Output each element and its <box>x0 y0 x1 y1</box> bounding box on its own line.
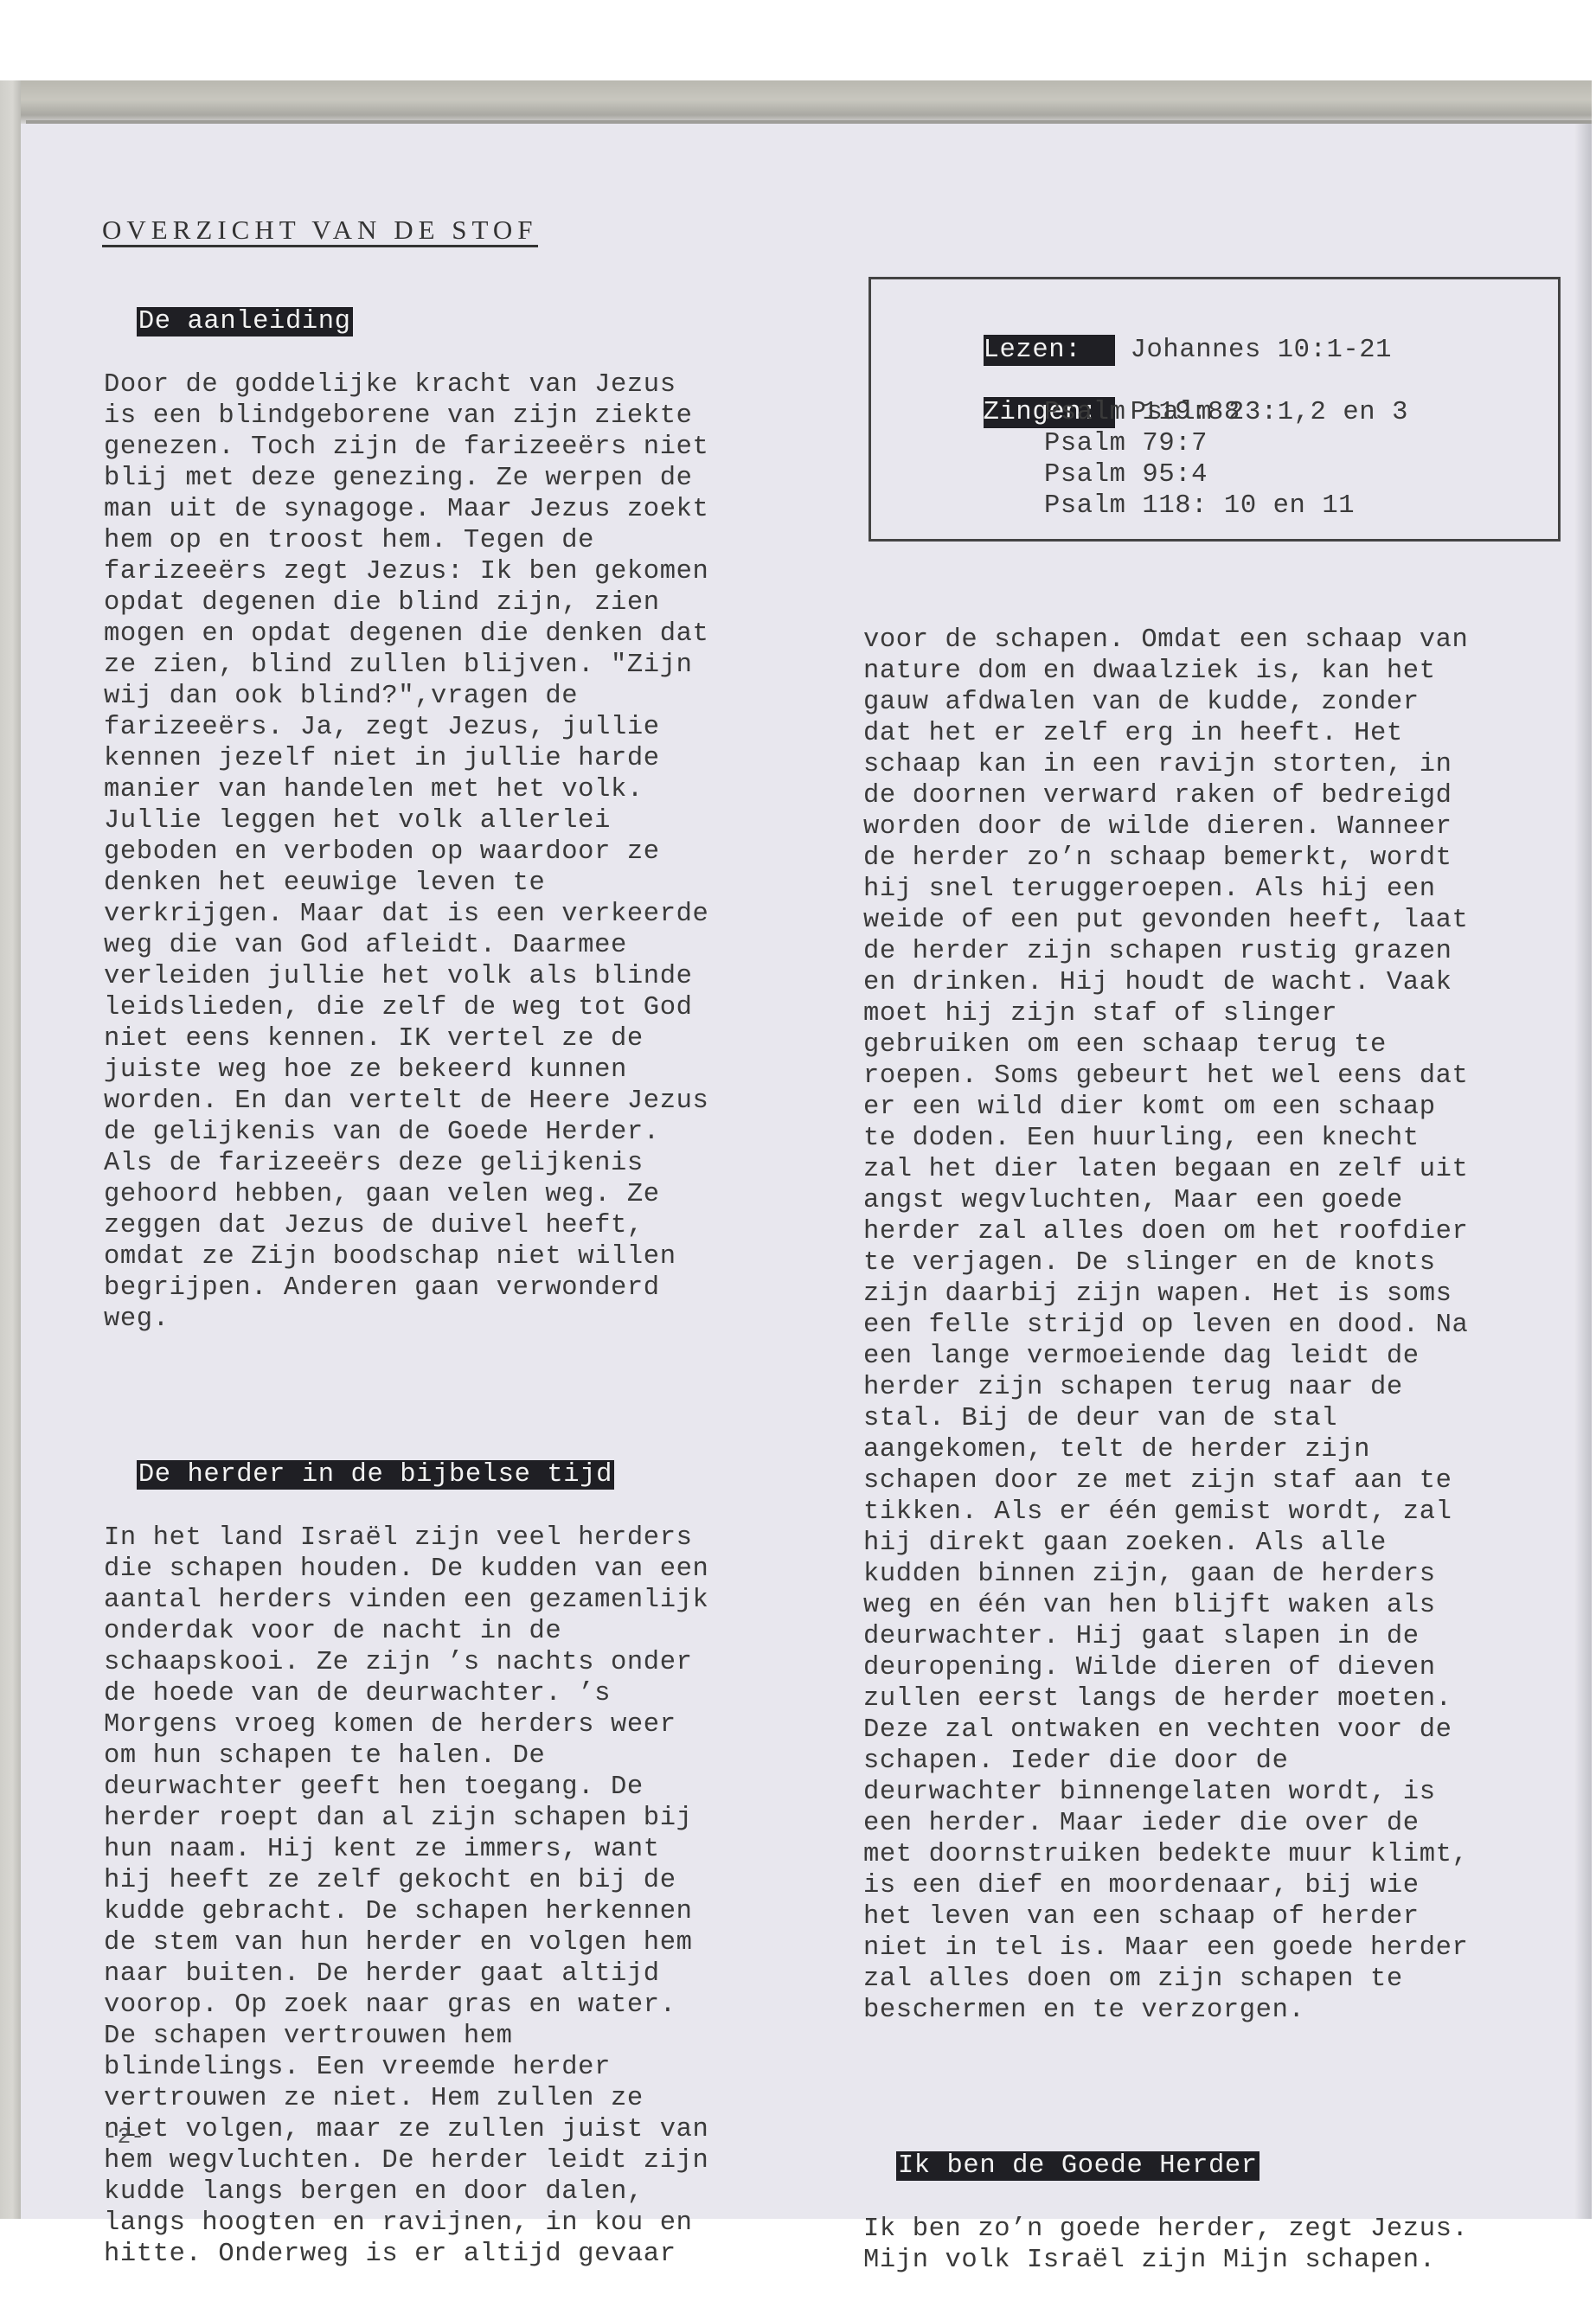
song-item: Psalm 118: 10 en 11 <box>1044 490 1355 522</box>
text-line: hem wegvluchten. De herder leidt zijn <box>104 2145 708 2176</box>
text-line: verkrijgen. Maar dat is een verkeerde <box>104 899 708 930</box>
scan-top-edge <box>0 80 1592 124</box>
text-line: hun naam. Hij kent ze immers, want <box>104 1834 708 1865</box>
text-line: herder zijn schapen terug naar de <box>863 1372 1468 1403</box>
text-line: een felle strijd op leven en dood. Na <box>863 1310 1468 1341</box>
text-line: Door de goddelijke kracht van Jezus <box>104 369 708 401</box>
text-line: de hoede van de deurwachter. ’s <box>104 1678 708 1709</box>
text-line: die schapen houden. De kudden van een <box>104 1554 708 1585</box>
text-line: leidslieden, die zelf de weg tot God <box>104 992 708 1023</box>
text-line: ze zien, blind zullen blijven. "Zijn <box>104 650 708 681</box>
text-line: de herder zo’n schaap bemerkt, wordt <box>863 843 1468 874</box>
scan-right-shadow <box>1574 124 1592 2219</box>
text-line: de doornen verward raken of bedreigd <box>863 780 1468 811</box>
herder-body: In het land Israël zijn veel herdersdie … <box>104 1522 708 2270</box>
text-line: niet eens kennen. IK vertel ze de <box>104 1023 708 1054</box>
text-line: hem op en troost hem. Tegen de <box>104 525 708 556</box>
page-number: -2- <box>104 2124 144 2150</box>
text-line: weide of een put gevonden heeft, laat <box>863 905 1468 936</box>
text-line: kudden binnen zijn, gaan de herders <box>863 1559 1468 1590</box>
text-line: weg die van God afleidt. Daarmee <box>104 930 708 961</box>
text-line: aantal herders vinden een gezamenlijk <box>104 1585 708 1616</box>
aanleiding-body: Door de goddelijke kracht van Jezusis ee… <box>104 369 708 1335</box>
text-line: weg en één van hen blijft waken als <box>863 1590 1468 1621</box>
text-line: de stem van hun herder en volgen hem <box>104 1927 708 1958</box>
text-line: omdat ze Zijn boodschap niet willen <box>104 1241 708 1272</box>
text-line: geboden en verboden op waardoor ze <box>104 836 708 868</box>
text-line: is een blindgeborene van zijn ziekte <box>104 401 708 432</box>
text-line: De schapen vertrouwen hem <box>104 2021 708 2052</box>
text-line: opdat degenen die blind zijn, zien <box>104 587 708 619</box>
text-line: hitte. Onderweg is er altijd gevaar <box>104 2239 708 2270</box>
text-line: dat het er zelf erg in heeft. Het <box>863 718 1468 749</box>
right-column: voor de schapen. Omdat een schaap vannat… <box>863 562 1468 2301</box>
text-line: deurwachter geeft hen toegang. De <box>104 1772 708 1803</box>
text-line: begrijpen. Anderen gaan verwonderd <box>104 1272 708 1304</box>
text-line: herder zal alles doen om het roofdier <box>863 1216 1468 1247</box>
goede-herder-body: Ik ben zo’n goede herder, zegt Jezus.Mij… <box>863 2214 1468 2276</box>
text-line: deuropening. Wilde dieren of dieven <box>863 1652 1468 1683</box>
text-line: roepen. Soms gebeurt het wel eens dat <box>863 1061 1468 1092</box>
text-line: zullen eerst langs de herder moeten. <box>863 1683 1468 1715</box>
text-line: kennen jezelf niet in jullie harde <box>104 743 708 774</box>
text-line: kudde gebracht. De schapen herkennen <box>104 1896 708 1927</box>
text-line: een lange vermoeiende dag leidt de <box>863 1341 1468 1372</box>
text-line: met doornstruiken bedekte muur klimt, <box>863 1839 1468 1870</box>
text-line: juiste weg hoe ze bekeerd kunnen <box>104 1054 708 1086</box>
song-item: Psalm 119:88 <box>1044 397 1240 428</box>
text-line: worden door de wilde dieren. Wanneer <box>863 811 1468 843</box>
read-label: Lezen: <box>984 335 1115 366</box>
text-line: nature dom en dwaalziek is, kan het <box>863 656 1468 687</box>
text-line: denken het eeuwige leven te <box>104 868 708 899</box>
text-line: te verjagen. De slinger en de knots <box>863 1247 1468 1279</box>
song-item: Psalm 79:7 <box>1044 428 1208 459</box>
text-line: te doden. Een huurling, een knecht <box>863 1123 1468 1154</box>
text-line: gauw afdwalen van de kudde, zonder <box>863 687 1468 718</box>
page-title: OVERZICHT VAN DE STOF <box>102 216 538 247</box>
text-line: de herder zijn schapen rustig grazen <box>863 936 1468 967</box>
song-item: Psalm 95:4 <box>1044 459 1208 490</box>
text-line: om hun schapen te halen. De <box>104 1740 708 1772</box>
text-line: In het land Israël zijn veel herders <box>104 1522 708 1554</box>
text-line: farizeeërs zegt Jezus: Ik ben gekomen <box>104 556 708 587</box>
reading-box: Lezen:Johannes 10:1-21 Zingen:Psalm 23:1… <box>869 277 1561 542</box>
text-line: niet volgen, maar ze zullen juist van <box>104 2114 708 2145</box>
text-line: manier van handelen met het volk. <box>104 774 708 805</box>
text-line: herder roept dan al zijn schapen bij <box>104 1803 708 1834</box>
text-line: genezen. Toch zijn de farizeeërs niet <box>104 432 708 463</box>
text-line: langs hoogten en ravijnen, in kou en <box>104 2208 708 2239</box>
text-line: worden. En dan vertelt de Heere Jezus <box>104 1086 708 1117</box>
text-line: man uit de synagoge. Maar Jezus zoekt <box>104 494 708 525</box>
text-line: een herder. Maar ieder die over de <box>863 1808 1468 1839</box>
text-line: gehoord hebben, gaan velen weg. Ze <box>104 1179 708 1210</box>
section-heading-herder: De herder in de bijbelse tijd <box>137 1460 614 1490</box>
text-line: blindelings. Een vreemde herder <box>104 2052 708 2083</box>
text-line: kudde langs bergen en door dalen, <box>104 2176 708 2208</box>
text-line: hij snel teruggeroepen. Als hij een <box>863 874 1468 905</box>
text-line: blij met deze genezing. Ze werpen de <box>104 463 708 494</box>
text-line: naar buiten. De herder gaat altijd <box>104 1958 708 1990</box>
text-line: zal alles doen om zijn schapen te <box>863 1964 1468 1995</box>
text-line: voor de schapen. Omdat een schaap van <box>863 625 1468 656</box>
text-line: vertrouwen ze niet. Hem zullen ze <box>104 2083 708 2114</box>
text-line: wij dan ook blind?",vragen de <box>104 681 708 712</box>
text-line: verleiden jullie het volk als blinde <box>104 961 708 992</box>
text-line: en drinken. Hij houdt de wacht. Vaak <box>863 967 1468 998</box>
text-line: beschermen en te verzorgen. <box>863 1995 1468 2026</box>
text-line: onderdak voor de nacht in de <box>104 1616 708 1647</box>
text-line: voorop. Op zoek naar gras en water. <box>104 1990 708 2021</box>
section-heading-aanleiding: De aanleiding <box>137 307 353 336</box>
text-line: zeggen dat Jezus de duivel heeft, <box>104 1210 708 1241</box>
text-line: er een wild dier komt om een schaap <box>863 1092 1468 1123</box>
section-heading-goede-herder: Ik ben de Goede Herder <box>896 2151 1259 2181</box>
text-line: Morgens vroeg komen de herders weer <box>104 1709 708 1740</box>
text-line: het leven van een schaap of herder <box>863 1901 1468 1932</box>
text-line: Ik ben zo’n goede herder, zegt Jezus. <box>863 2214 1468 2245</box>
text-line: weg. <box>104 1304 708 1335</box>
text-line: hij heeft ze zelf gekocht en bij de <box>104 1865 708 1896</box>
text-line: farizeeërs. Ja, zegt Jezus, jullie <box>104 712 708 743</box>
text-line: mogen en opdat degenen die denken dat <box>104 619 708 650</box>
text-line: schaapskooi. Ze zijn ’s nachts onder <box>104 1647 708 1678</box>
left-column: De aanleiding Door de goddelijke kracht … <box>104 275 708 2301</box>
text-line: tikken. Als er één gemist wordt, zal <box>863 1497 1468 1528</box>
text-line: Mijn volk Israël zijn Mijn schapen. <box>863 2245 1468 2276</box>
text-line: stal. Bij de deur van de stal <box>863 1403 1468 1434</box>
read-value: Johannes 10:1-21 <box>1131 335 1392 366</box>
text-line: deurwachter binnengelaten wordt, is <box>863 1777 1468 1808</box>
herder-body-continued: voor de schapen. Omdat een schaap vannat… <box>863 625 1468 2026</box>
text-line: zal het dier laten begaan en zelf uit <box>863 1154 1468 1185</box>
text-line: gebruiken om een schaap terug te <box>863 1029 1468 1061</box>
text-line: deurwachter. Hij gaat slapen in de <box>863 1621 1468 1652</box>
text-line: hij direkt gaan zoeken. Als alle <box>863 1528 1468 1559</box>
scan-left-edge <box>0 80 21 2219</box>
text-line: moet hij zijn staf of slinger <box>863 998 1468 1029</box>
text-line: schapen door ze met zijn staf aan te <box>863 1465 1468 1497</box>
text-line: Als de farizeeërs deze gelijkenis <box>104 1148 708 1179</box>
text-line: Deze zal ontwaken en vechten voor de <box>863 1715 1468 1746</box>
text-line: schapen. Ieder die door de <box>863 1746 1468 1777</box>
text-line: zijn daarbij zijn wapen. Het is soms <box>863 1279 1468 1310</box>
text-line: aangekomen, telt de herder zijn <box>863 1434 1468 1465</box>
text-line: is een dief en moordenaar, bij wie <box>863 1870 1468 1901</box>
text-line: de gelijkenis van de Goede Herder. <box>104 1117 708 1148</box>
text-line: niet in tel is. Maar een goede herder <box>863 1932 1468 1964</box>
text-line: schaap kan in een ravijn storten, in <box>863 749 1468 780</box>
text-line: Jullie leggen het volk allerlei <box>104 805 708 836</box>
text-line: angst wegvluchten, Maar een goede <box>863 1185 1468 1216</box>
